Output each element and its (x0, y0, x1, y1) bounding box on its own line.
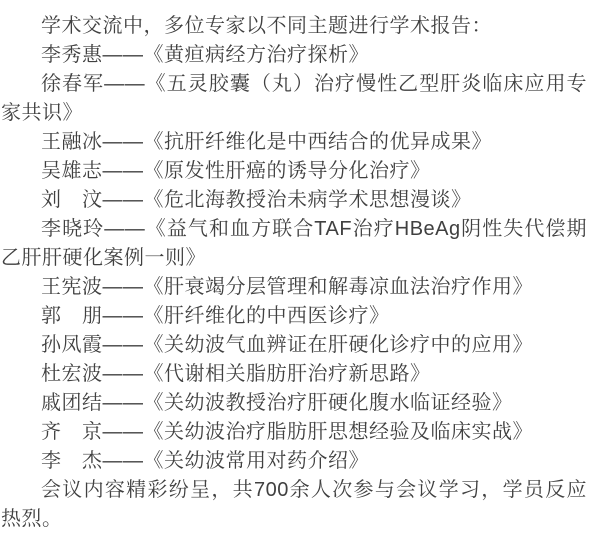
speaker-name: 李 杰 (41, 450, 103, 472)
report-title: 《原发性肝癌的诱导分化治疗》 (144, 160, 431, 182)
em-dash-separator: —— (103, 160, 144, 182)
report-title: 《代谢相关脂肪肝治疗新思路》 (144, 363, 431, 385)
speaker-name: 吴雄志 (41, 160, 103, 182)
report-paragraph: 戚团结——《关幼波教授治疗肝硬化腹水临证经验》 (1, 389, 587, 418)
speaker-name: 王融冰 (41, 131, 103, 153)
speaker-name: 戚团结 (41, 392, 103, 414)
report-paragraph: 徐春军——《五灵胶囊（丸）治疗慢性乙型肝炎临床应用专家共识》 (1, 70, 587, 128)
report-paragraph: 杜宏波——《代谢相关脂肪肝治疗新思路》 (1, 360, 587, 389)
report-list: 李秀惠——《黄疸病经方治疗探析》徐春军——《五灵胶囊（丸）治疗慢性乙型肝炎临床应… (1, 41, 587, 476)
em-dash-separator: —— (103, 363, 144, 385)
em-dash-separator: —— (103, 305, 144, 327)
report-title: 《抗肝纤维化是中西结合的优异成果》 (144, 131, 493, 153)
em-dash-separator: —— (103, 334, 144, 356)
intro-paragraph: 学术交流中，多位专家以不同主题进行学术报告： (1, 12, 587, 41)
em-dash-separator: —— (103, 421, 144, 443)
speaker-name: 李晓玲 (41, 218, 104, 240)
report-paragraph: 李秀惠——《黄疸病经方治疗探析》 (1, 41, 587, 70)
speaker-name: 王宪波 (41, 276, 103, 298)
report-title: 《肝纤维化的中西医诊疗》 (144, 305, 390, 327)
em-dash-separator: —— (103, 189, 144, 211)
report-paragraph: 吴雄志——《原发性肝癌的诱导分化治疗》 (1, 157, 587, 186)
em-dash-separator: —— (103, 392, 144, 414)
article-body: 学术交流中，多位专家以不同主题进行学术报告： 李秀惠——《黄疸病经方治疗探析》徐… (0, 0, 590, 534)
speaker-name: 孙凤霞 (41, 334, 103, 356)
report-title: 《黄疸病经方治疗探析》 (144, 44, 370, 66)
report-paragraph: 王宪波——《肝衰竭分层管理和解毒凉血法治疗作用》 (1, 273, 587, 302)
report-paragraph: 孙凤霞——《关幼波气血辨证在肝硬化诊疗中的应用》 (1, 331, 587, 360)
em-dash-separator: —— (103, 131, 144, 153)
report-paragraph: 王融冰——《抗肝纤维化是中西结合的优异成果》 (1, 128, 587, 157)
report-paragraph: 李 杰——《关幼波常用对药介绍》 (1, 447, 587, 476)
speaker-name: 齐 京 (41, 421, 103, 443)
report-title: 《关幼波常用对药介绍》 (144, 450, 370, 472)
speaker-name: 郭 朋 (41, 305, 103, 327)
em-dash-separator: —— (103, 450, 144, 472)
report-title: 《关幼波气血辨证在肝硬化诊疗中的应用》 (144, 334, 534, 356)
report-paragraph: 刘 汶——《危北海教授治未病学术思想漫谈》 (1, 186, 587, 215)
em-dash-separator: —— (103, 44, 144, 66)
closing-paragraph: 会议内容精彩纷呈，共700余人次参与会议学习，学员反应热烈。 (1, 476, 587, 534)
speaker-name: 徐春军 (41, 73, 104, 95)
em-dash-separator: —— (104, 218, 145, 240)
report-paragraph: 郭 朋——《肝纤维化的中西医诊疗》 (1, 302, 587, 331)
report-paragraph: 齐 京——《关幼波治疗脂肪肝思想经验及临床实战》 (1, 418, 587, 447)
em-dash-separator: —— (104, 73, 145, 95)
speaker-name: 李秀惠 (41, 44, 103, 66)
em-dash-separator: —— (103, 276, 144, 298)
report-title: 《危北海教授治未病学术思想漫谈》 (144, 189, 472, 211)
report-paragraph: 李晓玲——《益气和血方联合TAF治疗HBeAg阴性失代偿期乙肝肝硬化案例一则》 (1, 215, 587, 273)
report-title: 《关幼波教授治疗肝硬化腹水临证经验》 (144, 392, 513, 414)
speaker-name: 刘 汶 (41, 189, 103, 211)
report-title: 《关幼波治疗脂肪肝思想经验及临床实战》 (144, 421, 534, 443)
speaker-name: 杜宏波 (41, 363, 103, 385)
report-title: 《肝衰竭分层管理和解毒凉血法治疗作用》 (144, 276, 534, 298)
